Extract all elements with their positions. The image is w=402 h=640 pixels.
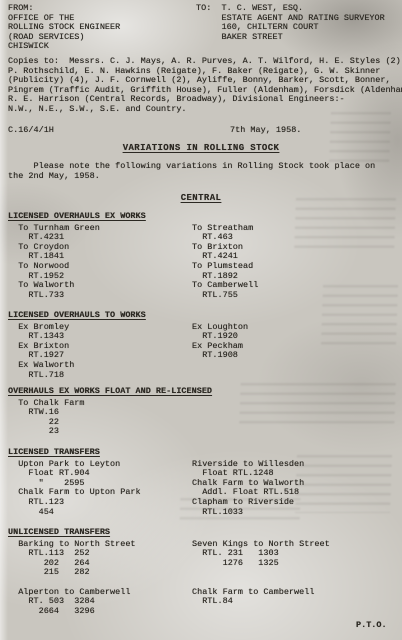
section-heading: OVERHAULS EX WORKS FLOAT AND RE-LICENSED — [8, 387, 396, 397]
section-column-right: Riverside to Willesden Float RTL.1248Cha… — [192, 460, 396, 518]
text-line: 23 — [8, 427, 192, 437]
text-line: RTL.718 — [8, 371, 192, 381]
to-block: TO: T. C. WEST, ESQ. ESTATE AGENT AND RA… — [196, 4, 385, 42]
text-line: RT.1908 — [192, 351, 396, 361]
section-heading: LICENSED OVERHAULS TO WORKS — [8, 311, 396, 321]
intro-paragraph: Please note the following variations in … — [8, 162, 375, 181]
section-columns: Ex Bromley RT.1343 Ex Brixton RT.1927 Ex… — [8, 323, 396, 381]
text-line: RTL.84 — [192, 597, 396, 607]
document-title: VARIATIONS IN ROLLING STOCK — [123, 143, 280, 153]
section-heading: LICENSED TRANSFERS — [8, 448, 396, 458]
reference-number: C.16/4/1H — [8, 126, 54, 136]
document-date: 7th May, 1958. — [230, 126, 301, 136]
text-line: the 2nd May, 1958. — [8, 172, 375, 182]
text-line: 215 282 — [8, 568, 192, 578]
section-licensed-overhauls-to-works: LICENSED OVERHAULS TO WORKS Ex Bromley R… — [8, 311, 396, 380]
section-column-right: Ex Loughton RT.1920Ex Peckham RT.1908 — [192, 323, 396, 381]
from-block: FROM:OFFICE OF THEROLLING STOCK ENGINEER… — [8, 4, 120, 52]
copies-paragraph: Copies to: Messrs. C. J. Mays, A. R. Pur… — [8, 57, 402, 115]
section-column-right: To Streatham RT.463To Brixton RT.4241To … — [192, 224, 396, 301]
section-heading: LICENSED OVERHAULS EX WORKS — [8, 212, 396, 222]
section-column-left: Barking to North Street RTL.113 252 202 … — [8, 540, 192, 617]
section-overhauls-ex-works-float: OVERHAULS EX WORKS FLOAT AND RE-LICENSED… — [8, 387, 396, 437]
text-line: RTL.733 — [8, 291, 192, 301]
text-line — [192, 568, 396, 578]
text-line: N.W., N.E., S.W., S.E. and Country. — [8, 105, 402, 115]
text-line: 1276 1325 — [192, 559, 396, 569]
text-line: 454 — [8, 508, 192, 518]
section-column-right: Seven Kings to North Street RTL. 231 130… — [192, 540, 396, 617]
section-columns: Barking to North Street RTL.113 252 202 … — [8, 540, 396, 617]
section-column-left: Ex Bromley RT.1343 Ex Brixton RT.1927 Ex… — [8, 323, 192, 381]
text-line: CHISWICK — [8, 42, 120, 52]
text-line: RTL.1033 — [192, 508, 396, 518]
section-column-left: To Turnham Green RT.4231 To Croydon RT.1… — [8, 224, 192, 301]
section-columns: Upton Park to Leyton Float RT.904 " 2595… — [8, 460, 396, 518]
document-page: FROM:OFFICE OF THEROLLING STOCK ENGINEER… — [0, 0, 402, 640]
section-licensed-overhauls-ex-works: LICENSED OVERHAULS EX WORKS To Turnham G… — [8, 212, 396, 300]
section-column-right — [192, 399, 396, 437]
section-column-left: To Chalk Farm RTW.16 22 23 — [8, 399, 192, 437]
document-title-row: VARIATIONS IN ROLLING STOCK — [0, 144, 402, 154]
section-columns: To Turnham Green RT.4231 To Croydon RT.1… — [8, 224, 396, 301]
section-column-left: Upton Park to Leyton Float RT.904 " 2595… — [8, 460, 192, 518]
region-heading: CENTRAL — [181, 193, 222, 203]
pto-note: P.T.O. — [356, 621, 387, 631]
region-heading-row: CENTRAL — [0, 194, 402, 204]
text-line: BAKER STREET — [196, 33, 385, 43]
section-columns: To Chalk Farm RTW.16 22 23 — [8, 399, 396, 437]
section-heading: UNLICENSED TRANSFERS — [8, 528, 396, 538]
section-unlicensed-transfers: UNLICENSED TRANSFERS Barking to North St… — [8, 528, 396, 616]
section-licensed-transfers: LICENSED TRANSFERS Upton Park to Leyton … — [8, 448, 396, 517]
bleed-through-artifact — [329, 112, 391, 167]
text-line: 2664 3296 — [8, 607, 192, 617]
text-line: RTL.755 — [192, 291, 396, 301]
